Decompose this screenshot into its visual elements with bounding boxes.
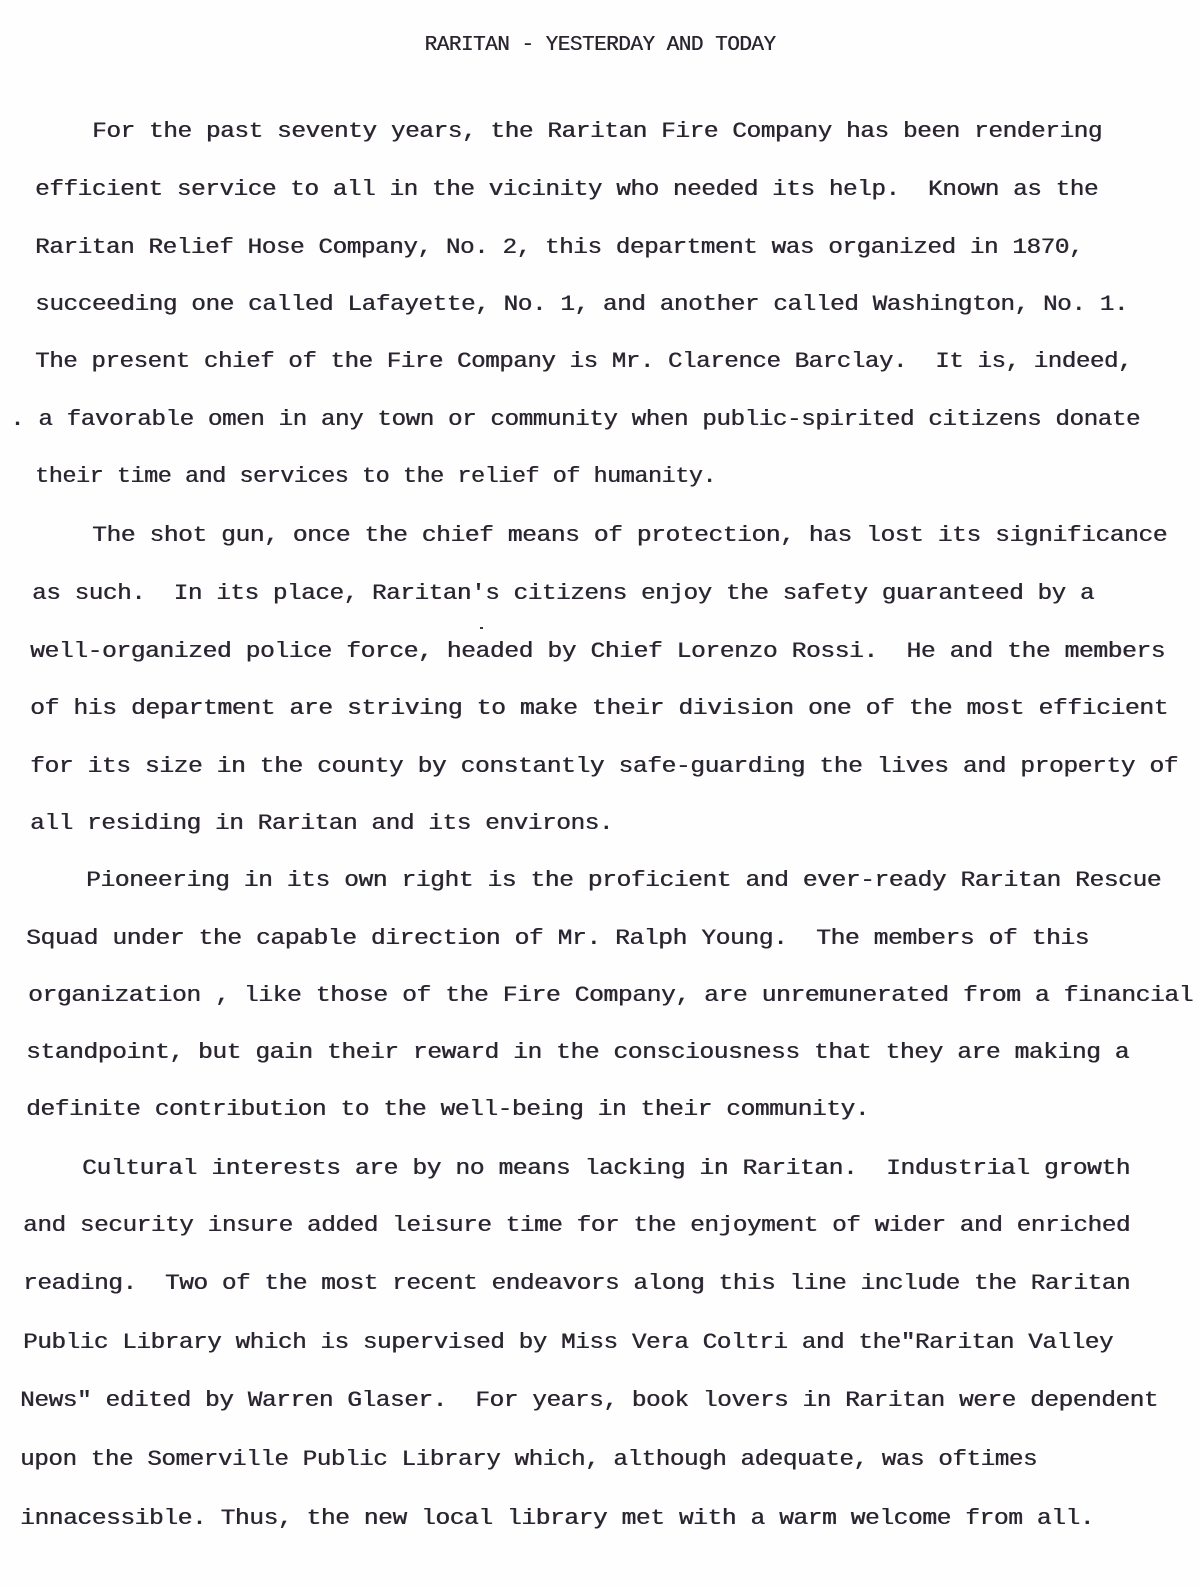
typewritten-page: RARITAN - YESTERDAY AND TODAY For the pa… <box>0 0 1200 1587</box>
text-line: Pioneering in its own right is the profi… <box>86 867 1161 893</box>
text-line: Squad under the capable direction of Mr.… <box>26 925 1089 951</box>
text-line: Raritan Relief Hose Company, No. 2, this… <box>35 234 1083 260</box>
text-line: all residing in Raritan and its environs… <box>30 810 613 836</box>
text-line: Public Library which is supervised by Mi… <box>23 1329 1113 1355</box>
text-line: News" edited by Warren Glaser. For years… <box>20 1387 1158 1413</box>
text-line: upon the Somerville Public Library which… <box>20 1446 1037 1472</box>
text-line: Cultural interests are by no means lacki… <box>82 1155 1130 1181</box>
stray-ink-mark <box>480 627 483 629</box>
text-line: succeeding one called Lafayette, No. 1, … <box>35 291 1128 317</box>
text-line: innacessible. Thus, the new local librar… <box>20 1505 1094 1531</box>
page-title: RARITAN - YESTERDAY AND TODAY <box>0 34 1200 57</box>
text-line: their time and services to the relief of… <box>35 463 716 489</box>
text-line: organization , like those of the Fire Co… <box>28 982 1193 1008</box>
text-line: definite contribution to the well-being … <box>26 1096 869 1122</box>
text-line: reading. Two of the most recent endeavor… <box>23 1270 1130 1296</box>
text-line: of his department are striving to make t… <box>30 695 1168 721</box>
text-line: and security insure added leisure time f… <box>23 1212 1130 1238</box>
text-line: The shot gun, once the chief means of pr… <box>92 522 1167 548</box>
text-line: The present chief of the Fire Company is… <box>35 348 1132 374</box>
text-line: well-organized police force, headed by C… <box>30 638 1165 664</box>
text-line: efficient service to all in the vicinity… <box>35 176 1098 202</box>
text-line: . a favorable omen in any town or commun… <box>10 406 1140 432</box>
text-line: for its size in the county by constantly… <box>30 753 1178 779</box>
text-line: For the past seventy years, the Raritan … <box>92 118 1102 144</box>
text-line: standpoint, but gain their reward in the… <box>26 1039 1129 1065</box>
text-line: as such. In its place, Raritan's citizen… <box>32 580 1094 606</box>
